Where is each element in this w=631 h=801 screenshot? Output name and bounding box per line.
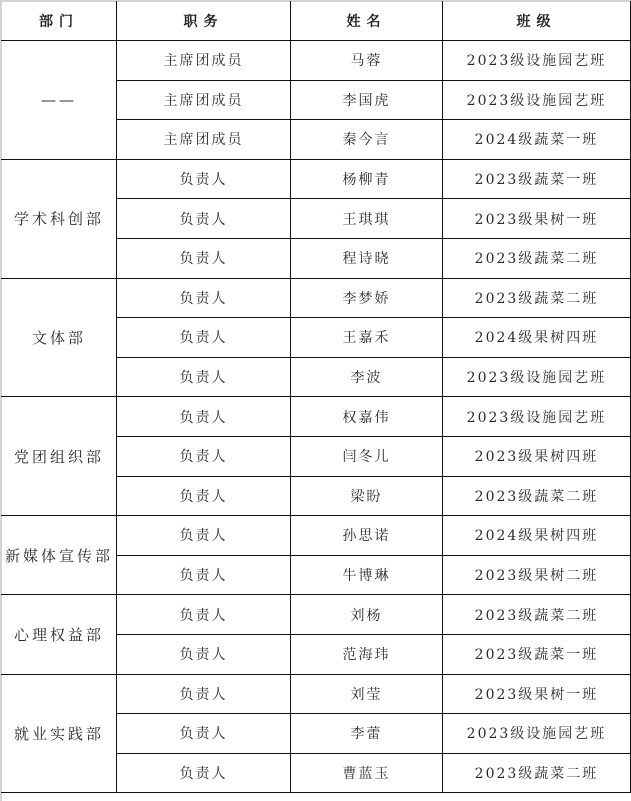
role-cell: 负责人 xyxy=(117,159,291,199)
header-class: 班级 xyxy=(443,2,631,41)
table-row: 心理权益部 负责人 刘杨 2023级蔬菜二班 xyxy=(2,595,631,635)
role-cell: 主席团成员 xyxy=(117,80,291,120)
name-cell: 王嘉禾 xyxy=(291,318,443,358)
department-cell: 党团组织部 xyxy=(2,397,117,516)
header-department: 部门 xyxy=(2,2,117,41)
name-cell: 孙思诺 xyxy=(291,516,443,556)
role-cell: 负责人 xyxy=(117,357,291,397)
table-row: —— 主席团成员 马蓉 2023级设施园艺班 xyxy=(2,41,631,81)
role-cell: 负责人 xyxy=(117,436,291,476)
class-cell: 2023级果树一班 xyxy=(443,674,631,714)
class-cell: 2023级蔬菜二班 xyxy=(443,278,631,318)
class-cell: 2023级果树一班 xyxy=(443,199,631,239)
role-cell: 负责人 xyxy=(117,516,291,556)
class-cell: 2023级蔬菜一班 xyxy=(443,159,631,199)
name-cell: 李国虎 xyxy=(291,80,443,120)
role-cell: 负责人 xyxy=(117,595,291,635)
role-cell: 负责人 xyxy=(117,634,291,674)
class-cell: 2023级设施园艺班 xyxy=(443,357,631,397)
class-cell: 2023级设施园艺班 xyxy=(443,714,631,754)
role-cell: 负责人 xyxy=(117,199,291,239)
role-cell: 负责人 xyxy=(117,238,291,278)
name-cell: 马蓉 xyxy=(291,41,443,81)
department-cell: 就业实践部 xyxy=(2,674,117,793)
class-cell: 2023级蔬菜二班 xyxy=(443,595,631,635)
role-cell: 负责人 xyxy=(117,555,291,595)
role-cell: 主席团成员 xyxy=(117,120,291,160)
name-cell: 权嘉伟 xyxy=(291,397,443,437)
role-cell: 主席团成员 xyxy=(117,41,291,81)
class-cell: 2023级蔬菜二班 xyxy=(443,238,631,278)
header-role: 职务 xyxy=(117,2,291,41)
class-cell: 2024级果树四班 xyxy=(443,516,631,556)
table-row: 文体部 负责人 李梦娇 2023级蔬菜二班 xyxy=(2,278,631,318)
name-cell: 牛博琳 xyxy=(291,555,443,595)
name-cell: 闫冬儿 xyxy=(291,436,443,476)
class-cell: 2023级蔬菜一班 xyxy=(443,634,631,674)
name-cell: 王琪琪 xyxy=(291,199,443,239)
name-cell: 杨柳青 xyxy=(291,159,443,199)
class-cell: 2023级果树二班 xyxy=(443,555,631,595)
class-cell: 2023级蔬菜二班 xyxy=(443,753,631,793)
table-row: 就业实践部 负责人 刘莹 2023级果树一班 xyxy=(2,674,631,714)
header-row: 部门 职务 姓名 班级 xyxy=(2,2,631,41)
class-cell: 2023级设施园艺班 xyxy=(443,80,631,120)
department-cell: 心理权益部 xyxy=(2,595,117,674)
role-cell: 负责人 xyxy=(117,318,291,358)
name-cell: 李波 xyxy=(291,357,443,397)
roster-table: 部门 职务 姓名 班级 —— 主席团成员 马蓉 2023级设施园艺班 主席团成员… xyxy=(1,1,631,793)
name-cell: 梁盼 xyxy=(291,476,443,516)
name-cell: 范海玮 xyxy=(291,634,443,674)
name-cell: 秦今言 xyxy=(291,120,443,160)
class-cell: 2023级设施园艺班 xyxy=(443,41,631,81)
role-cell: 负责人 xyxy=(117,753,291,793)
name-cell: 李蕾 xyxy=(291,714,443,754)
table-row: 学术科创部 负责人 杨柳青 2023级蔬菜一班 xyxy=(2,159,631,199)
department-cell: —— xyxy=(2,41,117,160)
name-cell: 曹蓝玉 xyxy=(291,753,443,793)
class-cell: 2024级果树四班 xyxy=(443,318,631,358)
name-cell: 刘莹 xyxy=(291,674,443,714)
class-cell: 2024级蔬菜一班 xyxy=(443,120,631,160)
table-row: 新媒体宣传部 负责人 孙思诺 2024级果树四班 xyxy=(2,516,631,556)
table-row: 党团组织部 负责人 权嘉伟 2023级设施园艺班 xyxy=(2,397,631,437)
role-cell: 负责人 xyxy=(117,674,291,714)
name-cell: 程诗晓 xyxy=(291,238,443,278)
class-cell: 2023级蔬菜二班 xyxy=(443,476,631,516)
role-cell: 负责人 xyxy=(117,397,291,437)
department-cell: 文体部 xyxy=(2,278,117,397)
class-cell: 2023级设施园艺班 xyxy=(443,397,631,437)
name-cell: 刘杨 xyxy=(291,595,443,635)
department-cell: 学术科创部 xyxy=(2,159,117,278)
class-cell: 2023级果树四班 xyxy=(443,436,631,476)
department-cell: 新媒体宣传部 xyxy=(2,516,117,595)
name-cell: 李梦娇 xyxy=(291,278,443,318)
header-name: 姓名 xyxy=(291,2,443,41)
role-cell: 负责人 xyxy=(117,278,291,318)
role-cell: 负责人 xyxy=(117,476,291,516)
role-cell: 负责人 xyxy=(117,714,291,754)
